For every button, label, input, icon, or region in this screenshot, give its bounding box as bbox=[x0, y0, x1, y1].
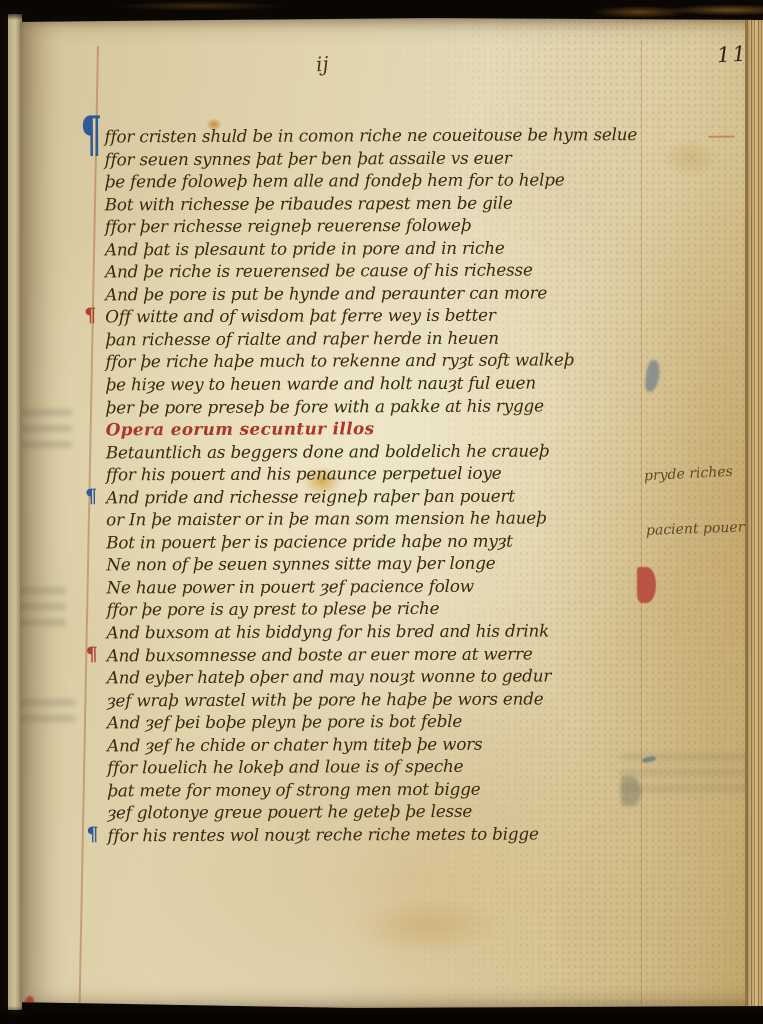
manuscript-photo: ij 115 ¶ffor cristen shuld be in comon r… bbox=[0, 0, 763, 1024]
line-text: And pride and richesse reigneþ raþer þan… bbox=[106, 485, 515, 507]
line-text: And þe riche is reuerensed be cause of h… bbox=[105, 260, 533, 282]
bottom-edge-shadow bbox=[0, 1006, 763, 1024]
line-text: þat mete for money of strong men mot big… bbox=[107, 779, 480, 801]
ruling-line-left bbox=[78, 46, 98, 1018]
line-text: And buxsom at his biddyng for his bred a… bbox=[107, 620, 550, 642]
manuscript-line: ffor louelich he lokeþ and loue is of sp… bbox=[107, 754, 737, 779]
blue-paraph-icon: ¶ bbox=[86, 823, 98, 846]
line-text: þer þe pore preseþ be fore with a pakke … bbox=[106, 395, 544, 417]
manuscript-line: And þe riche is reuerensed be cause of h… bbox=[105, 258, 735, 283]
line-text: ȝef wraþ wrastel with þe pore he haþe þe… bbox=[107, 688, 544, 710]
line-text: ȝef glotonye greue pouert he geteþ þe le… bbox=[107, 801, 472, 823]
latin-rubric-line: Opera eorum secuntur illos bbox=[106, 416, 736, 441]
manuscript-line: þe fende foloweþ hem alle and fondeþ hem… bbox=[105, 168, 735, 193]
line-text: And buxsomnesse and boste ar euer more a… bbox=[107, 643, 533, 665]
manuscript-line: ffor þer richesse reigneþ reuerense folo… bbox=[105, 213, 735, 238]
line-text: ffor his rentes wol nouȝt reche riche me… bbox=[107, 823, 538, 845]
line-text: ffor cristen shuld be in comon riche ne … bbox=[104, 124, 637, 146]
showthrough-text-smudge bbox=[20, 690, 75, 731]
manuscript-line: ȝef glotonye greue pouert he geteþ þe le… bbox=[107, 799, 737, 824]
manuscript-line: Ne haue power in pouert ȝef pacience fol… bbox=[106, 574, 736, 599]
manuscript-line: ffor his pouert and his penaunce perpetu… bbox=[106, 461, 736, 486]
line-text: ffor louelich he lokeþ and loue is of sp… bbox=[107, 756, 463, 778]
blue-initial-paraph-icon: ¶ bbox=[80, 119, 102, 152]
line-text: Betauntlich as beggers done and boldelic… bbox=[106, 440, 549, 462]
showthrough-text-smudge bbox=[20, 400, 72, 457]
manuscript-line: ¶And buxsomnesse and boste ar euer more … bbox=[107, 641, 737, 666]
red-paraph-icon: ¶ bbox=[86, 643, 98, 666]
blue-paraph-icon: ¶ bbox=[85, 485, 97, 508]
manuscript-line: Bot with richesse þe ribaudes rapest men… bbox=[105, 190, 735, 215]
manuscript-line: ¶ffor his rentes wol nouȝt reche riche m… bbox=[107, 822, 737, 847]
line-text: Ne non of þe seuen synnes sitte may þer … bbox=[106, 553, 495, 575]
line-text: þe fende foloweþ hem alle and fondeþ hem… bbox=[105, 169, 565, 191]
line-text: And þe pore is put be hynde and peraunte… bbox=[105, 282, 547, 304]
manuscript-line: And ȝef þei boþe pleyn þe pore is bot fe… bbox=[107, 709, 737, 734]
line-text: ffor seuen synnes þat þer ben þat assail… bbox=[105, 147, 512, 169]
showthrough-text-smudge bbox=[20, 578, 66, 635]
manuscript-line: ¶And pride and richesse reigneþ raþer þa… bbox=[106, 483, 736, 508]
manuscript-line: Ne non of þe seuen synnes sitte may þer … bbox=[106, 551, 736, 576]
manuscript-line: ffor þe riche haþe much to rekenne and r… bbox=[105, 348, 735, 373]
line-text: Off witte and of wisdom þat ferre wey is… bbox=[105, 305, 495, 327]
text-block: ¶ffor cristen shuld be in comon riche ne… bbox=[104, 123, 737, 847]
line-text: Bot in pouert þer is pacience pride haþe… bbox=[106, 530, 513, 552]
line-text: ffor þe pore is ay prest to plese þe ric… bbox=[106, 598, 439, 619]
line-text: or In þe maister or in þe man som mensio… bbox=[106, 508, 547, 530]
line-text: And eyþer hateþ oþer and may nouȝt wonne… bbox=[107, 666, 551, 688]
line-text: And ȝef þei boþe pleyn þe pore is bot fe… bbox=[107, 711, 462, 733]
line-text: ffor his pouert and his penaunce perpetu… bbox=[106, 463, 502, 485]
line-text: Bot with richesse þe ribaudes rapest men… bbox=[105, 192, 513, 214]
manuscript-line: Bot in pouert þer is pacience pride haþe… bbox=[106, 528, 736, 553]
red-paraph-icon: ¶ bbox=[84, 305, 96, 328]
manuscript-line: þer þe pore preseþ be fore with a pakke … bbox=[106, 393, 736, 418]
manuscript-line: ¶Off witte and of wisdom þat ferre wey i… bbox=[105, 303, 735, 328]
line-text: þan richesse of rialte and raþer herde i… bbox=[105, 328, 499, 350]
quire-signature: ij bbox=[315, 52, 329, 77]
manuscript-line: Betauntlich as beggers done and boldelic… bbox=[106, 438, 736, 463]
manuscript-line: ffor seuen synnes þat þer ben þat assail… bbox=[105, 145, 735, 170]
manuscript-line: ffor þe pore is ay prest to plese þe ric… bbox=[106, 596, 736, 621]
manuscript-line: or In þe maister or in þe man som mensio… bbox=[106, 506, 736, 531]
line-text: þe hiȝe wey to heuen warde and holt nauȝ… bbox=[106, 373, 536, 395]
fore-edge-page-stack bbox=[745, 18, 763, 1010]
line-text: Ne haue power in pouert ȝef pacience fol… bbox=[106, 576, 474, 598]
underlying-page-edge bbox=[8, 14, 22, 1010]
manuscript-line: And þe pore is put be hynde and peraunte… bbox=[105, 280, 735, 305]
manuscript-line: And þat is plesaunt to pride in pore and… bbox=[105, 235, 735, 260]
manuscript-line: And buxsom at his biddyng for his bred a… bbox=[107, 619, 737, 644]
line-text: And ȝef he chide or chater hym titeþ þe … bbox=[107, 734, 482, 756]
manuscript-line: þat mete for money of strong men mot big… bbox=[107, 776, 737, 801]
red-line-filler bbox=[708, 136, 734, 138]
manuscript-line: ȝef wraþ wrastel with þe pore he haþe þe… bbox=[107, 686, 737, 711]
manuscript-line: þe hiȝe wey to heuen warde and holt nauȝ… bbox=[106, 371, 736, 396]
stain-patch bbox=[352, 896, 502, 956]
manuscript-line: And ȝef he chide or chater hym titeþ þe … bbox=[107, 731, 737, 756]
manuscript-line: And eyþer hateþ oþer and may nouȝt wonne… bbox=[107, 664, 737, 689]
line-text: And þat is plesaunt to pride in pore and… bbox=[105, 237, 505, 259]
rubric-text: Opera eorum secuntur illos bbox=[106, 418, 375, 439]
line-text: ffor þe riche haþe much to rekenne and r… bbox=[105, 350, 574, 372]
parchment-page: ij 115 ¶ffor cristen shuld be in comon r… bbox=[20, 18, 763, 1010]
manuscript-line: þan richesse of rialte and raþer herde i… bbox=[105, 326, 735, 351]
manuscript-line: ¶ffor cristen shuld be in comon riche ne… bbox=[104, 123, 734, 148]
line-text: ffor þer richesse reigneþ reuerense folo… bbox=[105, 215, 471, 237]
binding-top-edge bbox=[0, 0, 763, 20]
